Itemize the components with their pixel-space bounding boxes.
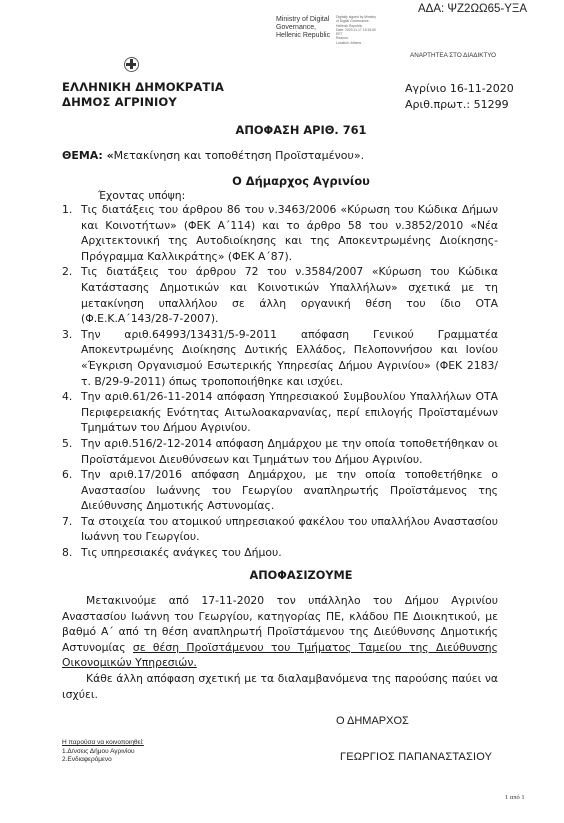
- signature-meta-line: of Digital Governance,: [336, 19, 376, 23]
- digital-signer-org: Ministry of Digital Governance, Hellenic…: [276, 16, 330, 40]
- digital-signature-metadata: Digitally signed by Ministry of Digital …: [336, 15, 376, 45]
- ada-code: ΑΔΑ: ΨΖ2ΩΩ65-ΥΞΑ: [418, 3, 527, 15]
- considerations-list: 1.Τις διατάξεις του άρθρου 86 του ν.3463…: [62, 202, 498, 561]
- distribution-item: 1.Δ/νσεις Δήμου Αγρινίου: [62, 748, 144, 757]
- consideration-item: 5.Την αριθ.516/2-12-2014 απόφαση Δημάρχο…: [62, 436, 498, 467]
- date-protocol-block: Αγρίνιο 16-11-2020 Αριθ.πρωτ.: 51299: [405, 81, 514, 112]
- publish-online-note: ΑΝΑΡΤΗΤΕΑ ΣΤΟ ΔΙΑΔΙΚΤΥΟ: [410, 52, 496, 59]
- consideration-item: 8.Τις υπηρεσιακές ανάγκες του Δήμου.: [62, 545, 498, 561]
- subject-label: ΘΕΜΑ:: [62, 149, 103, 162]
- page-number: 1 από 1: [505, 794, 525, 801]
- org-municipality: ΔΗΜΟΣ ΑΓΡΙΝΙΟΥ: [62, 95, 224, 110]
- consideration-item: 2.Τις διατάξεις του άρθρου 72 του ν.3584…: [62, 264, 498, 326]
- protocol-number: Αριθ.πρωτ.: 51299: [405, 97, 514, 113]
- signer-org-line: Governance,: [276, 24, 330, 32]
- distribution-list: Η παρούσα να κοινοποιηθεί: 1.Δ/νσεις Δήμ…: [62, 739, 144, 765]
- repeal-paragraph: Κάθε άλλη απόφαση σχετική με τα διαλαμβα…: [62, 671, 498, 702]
- having-regard-label: Έχοντας υπόψη:: [98, 189, 185, 202]
- document-date: Αγρίνιο 16-11-2020: [405, 81, 514, 97]
- decision-paragraph: Μετακινούμε από 17-11-2020 τον υπάλληλο …: [62, 593, 498, 671]
- org-country: ΕΛΛΗΝΙΚΗ ΔΗΜΟΚΡΑΤΙΑ: [62, 80, 224, 95]
- subject-line: ΘΕΜΑ: «Μετακίνηση και τοποθέτηση Προϊστα…: [62, 149, 364, 162]
- consideration-item: 7.Τα στοιχεία του ατομικού υπηρεσιακού φ…: [62, 514, 498, 545]
- issuer-heading: Ο Δήμαρχος Αγρινίου: [0, 174, 564, 188]
- subject-text: Μετακίνηση και τοποθέτηση Προϊσταμένου».: [114, 149, 364, 162]
- consideration-item: 4.Την αριθ.61/26-11-2014 απόφαση Υπηρεσι…: [62, 389, 498, 436]
- subject-quote: «: [103, 149, 114, 162]
- issuing-organization: ΕΛΛΗΝΙΚΗ ΔΗΜΟΚΡΑΤΙΑ ΔΗΜΟΣ ΑΓΡΙΝΙΟΥ: [62, 80, 224, 110]
- decision-heading: ΑΠΟΦΑΣΙΖΟΥΜΕ: [0, 569, 564, 582]
- consideration-item: 6.Την αριθ.17/2016 απόφαση Δημάρχου, με …: [62, 467, 498, 514]
- coat-of-arms-icon: [124, 57, 139, 72]
- signer-org-line: Hellenic Republic: [276, 32, 330, 40]
- decision-title: ΑΠΟΦΑΣΗ ΑΡΙΘ. 761: [0, 123, 564, 137]
- signature-meta-line: Location: Athens: [336, 41, 376, 45]
- consideration-item: 3.Την αριθ.64993/13431/5-9-2011 απόφαση …: [62, 327, 498, 389]
- distribution-item: 2.Ενδιαφερόμενο: [62, 756, 144, 765]
- decision-body: Μετακινούμε από 17-11-2020 τον υπάλληλο …: [62, 593, 498, 702]
- consideration-item: 1.Τις διατάξεις του άρθρου 86 του ν.3463…: [62, 202, 498, 264]
- signatory-name: ΓΕΩΡΓΙΟΣ ΠΑΠΑΝΑΣΤΑΣΙΟΥ: [340, 751, 492, 763]
- distribution-heading: Η παρούσα να κοινοποιηθεί:: [62, 739, 144, 748]
- signatory-role: Ο ΔΗΜΑΡΧΟΣ: [336, 715, 409, 727]
- signer-org-line: Ministry of Digital: [276, 16, 330, 24]
